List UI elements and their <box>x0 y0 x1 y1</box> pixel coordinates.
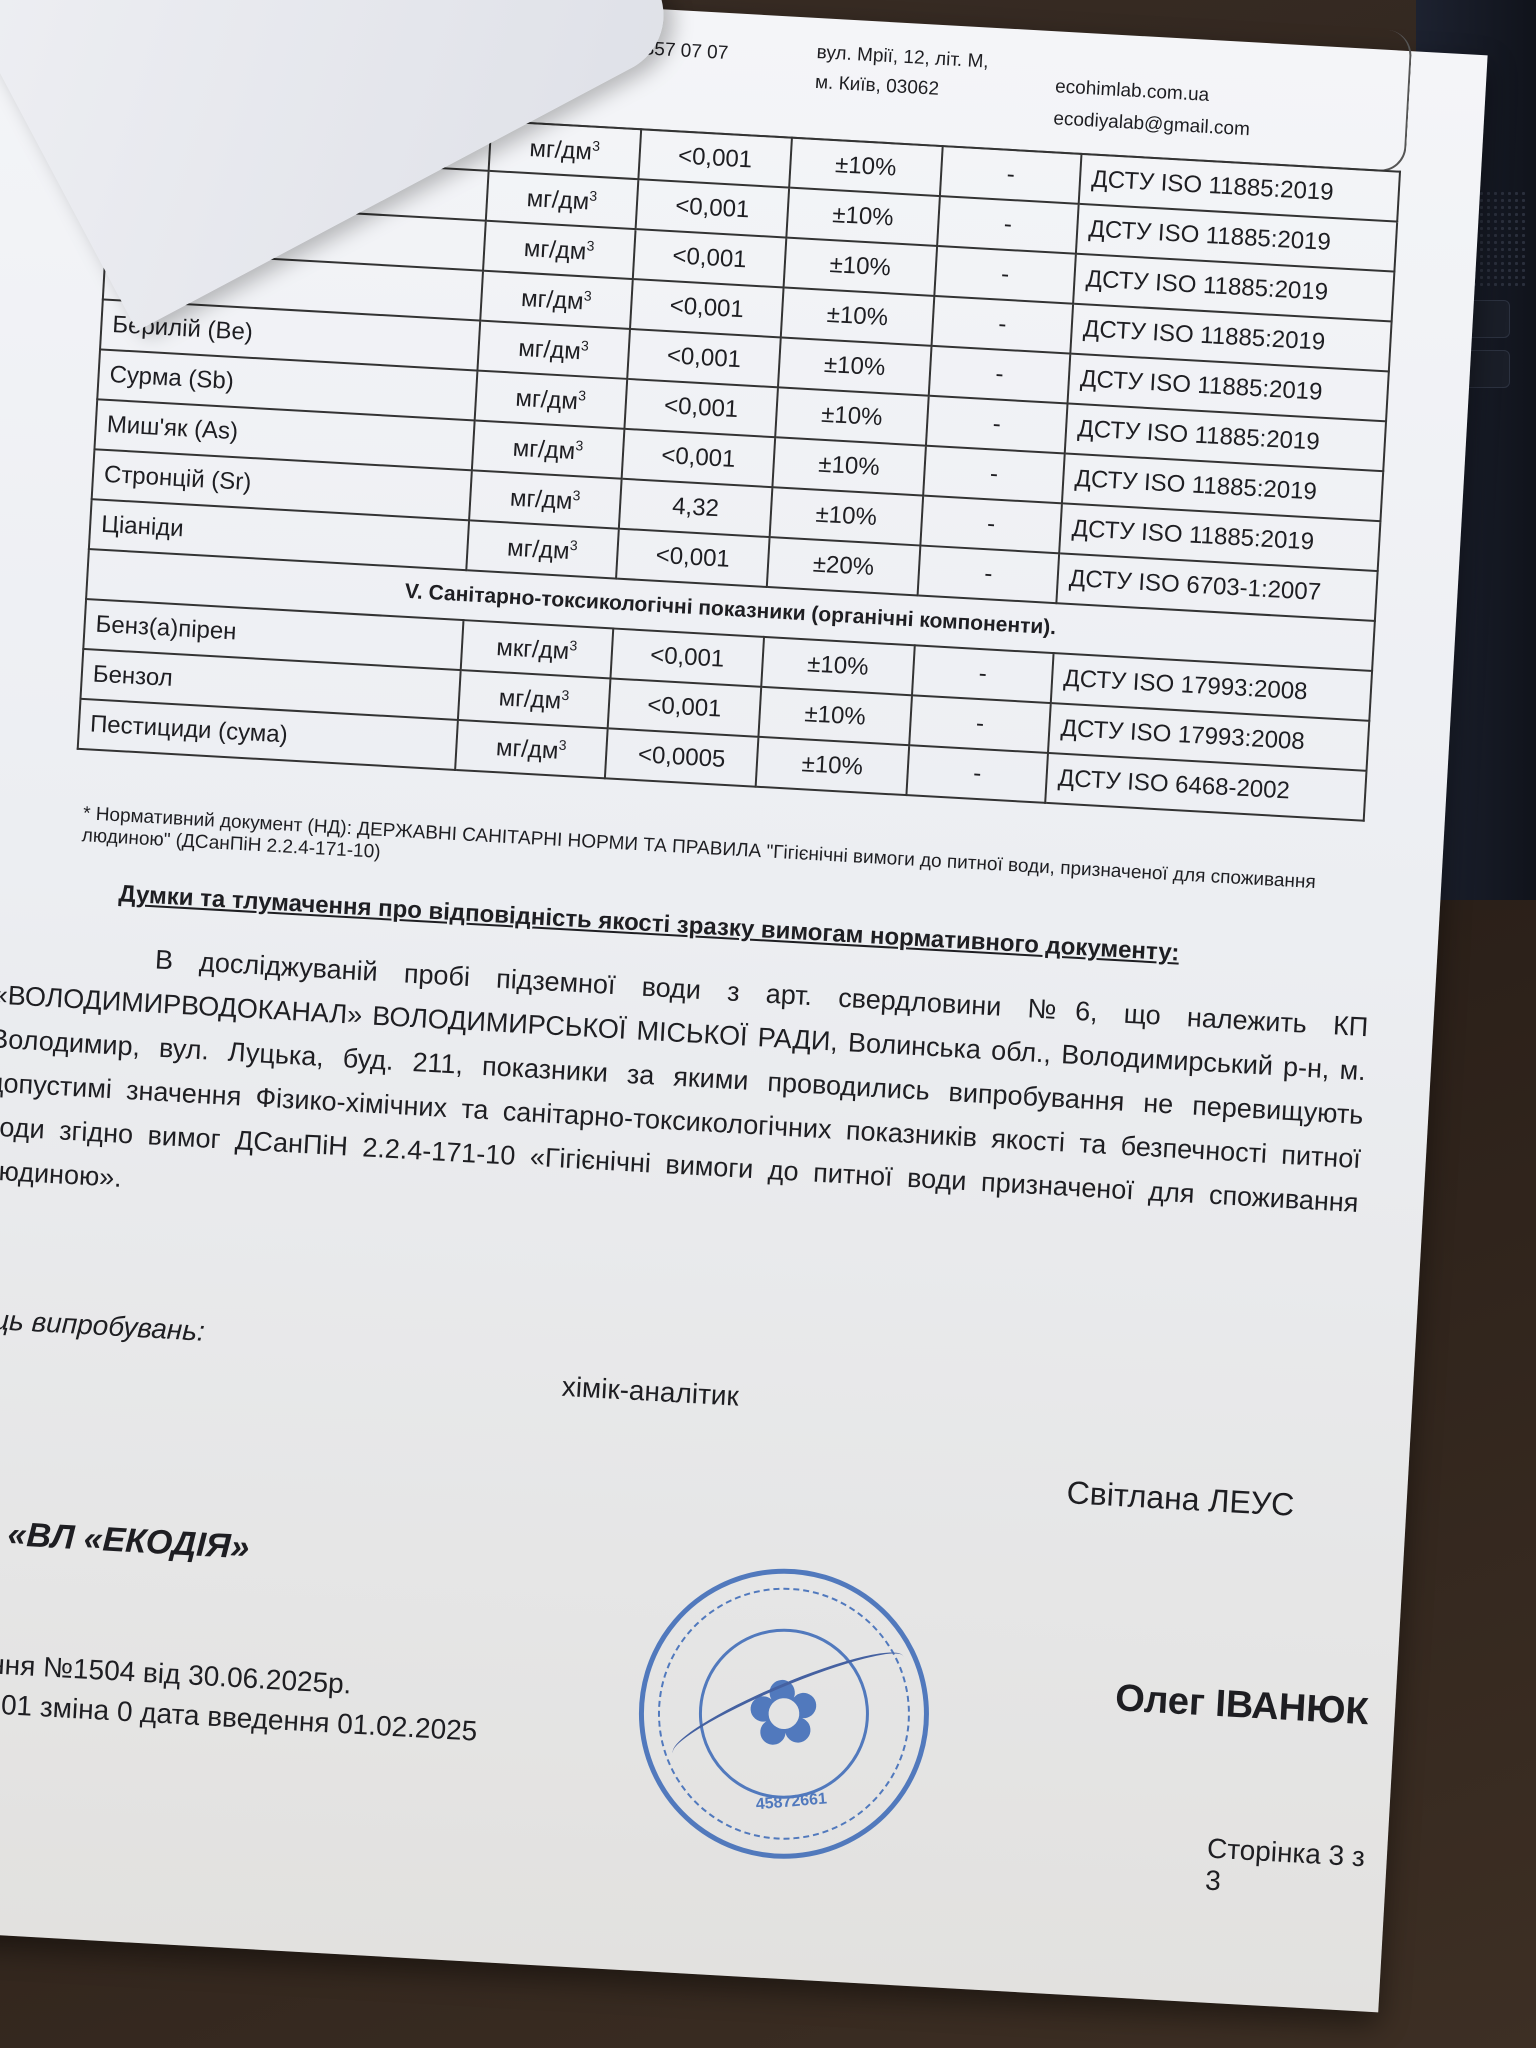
unit-power: 3 <box>578 387 587 403</box>
norm-cell: - <box>917 545 1059 603</box>
uncertainty-cell: ±10% <box>778 337 931 395</box>
unit-text: мг/дм <box>506 534 570 564</box>
result-cell: <0,001 <box>616 529 770 587</box>
unit-text: мг/дм <box>526 185 590 215</box>
official-stamp: 45872661 ✿ 45872661 <box>627 1557 940 1870</box>
result-cell: <0,001 <box>630 279 784 337</box>
unit-power: 3 <box>581 337 590 353</box>
unit-text: мг/дм <box>509 484 573 514</box>
header-address: вул. Мрії, 12, літ. М, м. Київ, 03062 <box>814 38 989 108</box>
unit-power: 3 <box>569 637 578 653</box>
result-cell: <0,001 <box>624 379 778 437</box>
unit-text: мг/дм <box>512 434 576 464</box>
uncertainty-cell: ±10% <box>786 188 939 246</box>
report-page: …07 07 +38 (075) 357 07 07 вул. Мрії, 12… <box>0 0 1488 2012</box>
director-label: …р ТОВ «ВЛ «ЕКОДІЯ» <box>0 1507 250 1568</box>
norm-cell: - <box>940 146 1082 204</box>
unit-text: мг/дм <box>520 284 584 314</box>
unit-cell: мг/дм3 <box>469 470 622 528</box>
interpretation-body: В досліджуваній пробі підземної води з а… <box>0 929 1369 1269</box>
result-cell: <0,001 <box>608 678 762 736</box>
unit-cell: мг/дм3 <box>477 321 630 379</box>
norm-cell: - <box>926 396 1068 454</box>
norm-cell: - <box>920 496 1062 554</box>
unit-cell: мг/дм3 <box>458 670 611 728</box>
unit-cell: мг/дм3 <box>471 420 624 478</box>
unit-power: 3 <box>586 237 595 253</box>
uncertainty-cell: ±10% <box>756 737 909 795</box>
uncertainty-cell: ±20% <box>767 537 920 595</box>
unit-text: мг/дм <box>518 334 582 364</box>
uncertainty-cell: ±10% <box>758 687 911 745</box>
norm-cell: - <box>912 645 1054 703</box>
norm-cell: - <box>909 695 1051 753</box>
uncertainty-cell: ±10% <box>772 437 925 495</box>
unit-cell: мг/дм3 <box>483 221 636 279</box>
uncertainty-cell: ±10% <box>770 487 923 545</box>
unit-cell: мкг/дм3 <box>460 620 613 678</box>
executor-name: Світлана ЛЕУС <box>1066 1474 1295 1524</box>
result-cell: <0,0005 <box>605 728 759 786</box>
page-number: Сторінка 3 з 3 <box>1204 1833 1387 1907</box>
norm-cell: - <box>934 246 1076 304</box>
uncertainty-cell: ±10% <box>781 287 934 345</box>
protocol-info: …пробування №1504 від 30.06.2025р. …реда… <box>0 1637 481 1752</box>
uncertainty-cell: ±10% <box>789 138 942 196</box>
norm-cell: - <box>937 196 1079 254</box>
result-cell: <0,001 <box>633 229 787 287</box>
director-name: Олег ІВАНЮК <box>1114 1677 1370 1734</box>
unit-power: 3 <box>583 287 592 303</box>
unit-power: 3 <box>561 686 570 702</box>
norm-cell: - <box>928 346 1070 404</box>
unit-power: 3 <box>575 437 584 453</box>
result-cell: <0,001 <box>627 329 781 387</box>
executor-label: …навець випробувань: <box>0 1299 206 1348</box>
uncertainty-cell: ±10% <box>784 238 937 296</box>
result-cell: <0,001 <box>622 429 776 487</box>
unit-text: мг/дм <box>495 734 559 764</box>
unit-text: мг/дм <box>529 135 593 165</box>
unit-power: 3 <box>558 736 567 752</box>
norm-cell: - <box>906 745 1048 803</box>
unit-cell: мг/дм3 <box>474 370 627 428</box>
unit-power: 3 <box>589 187 598 203</box>
uncertainty-cell: ±10% <box>775 387 928 445</box>
result-cell: <0,001 <box>610 628 764 686</box>
unit-text: мкг/дм <box>496 634 570 665</box>
result-cell: 4,32 <box>619 479 773 537</box>
unit-power: 3 <box>592 137 601 153</box>
unit-text: мг/дм <box>498 684 562 714</box>
unit-power: 3 <box>570 536 579 552</box>
result-cell: <0,001 <box>635 179 789 237</box>
unit-cell: мг/дм3 <box>466 520 619 578</box>
executor-role: хімік-аналітик <box>561 1371 740 1413</box>
unit-cell: мг/дм3 <box>485 171 638 229</box>
unit-text: мг/дм <box>515 384 579 414</box>
unit-cell: мг/дм3 <box>455 720 608 778</box>
unit-cell: мг/дм3 <box>480 271 633 329</box>
unit-power: 3 <box>572 487 581 503</box>
norm-cell: - <box>931 296 1073 354</box>
norm-cell: - <box>923 446 1065 504</box>
unit-text: мг/дм <box>523 234 587 264</box>
uncertainty-cell: ±10% <box>761 637 914 695</box>
result-cell: <0,001 <box>638 129 792 187</box>
header-web: ecohimlab.com.ua ecodiyalab@gmail.com <box>1052 71 1252 146</box>
